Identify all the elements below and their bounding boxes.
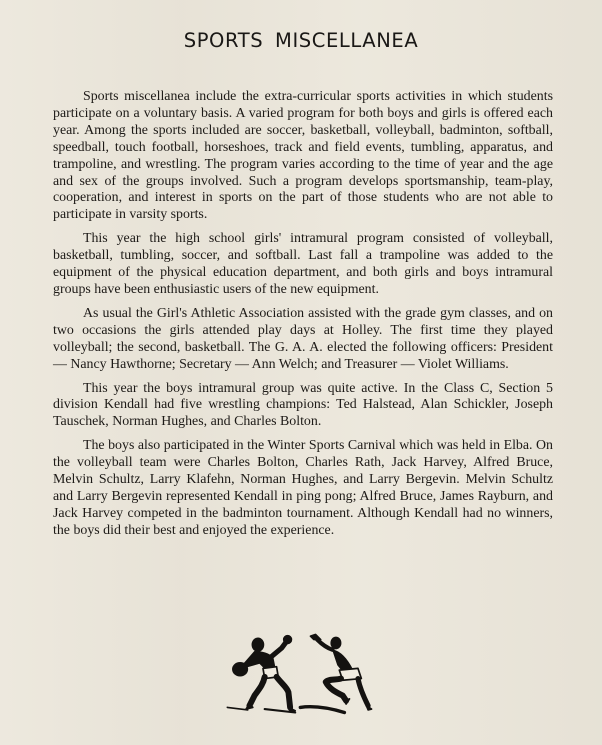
- soccer-players-silhouette-icon: [212, 626, 392, 732]
- paragraph-winter-carnival: The boys also participated in the Winter…: [53, 438, 553, 539]
- paragraph-boys-wrestling: This year the boys intramural group was …: [53, 381, 553, 432]
- paragraph-gaa: As usual the Girl's Athletic Association…: [53, 306, 553, 374]
- page-title: SPORTS MISCELLANEA: [0, 29, 602, 52]
- paragraph-intro: Sports miscellanea include the extra-cur…: [53, 89, 553, 224]
- article-body: Sports miscellanea include the extra-cur…: [53, 89, 553, 547]
- paragraph-girls-intramural: This year the high school girls' intramu…: [53, 231, 553, 299]
- yearbook-page: SPORTS MISCELLANEA Sports miscellanea in…: [0, 0, 602, 745]
